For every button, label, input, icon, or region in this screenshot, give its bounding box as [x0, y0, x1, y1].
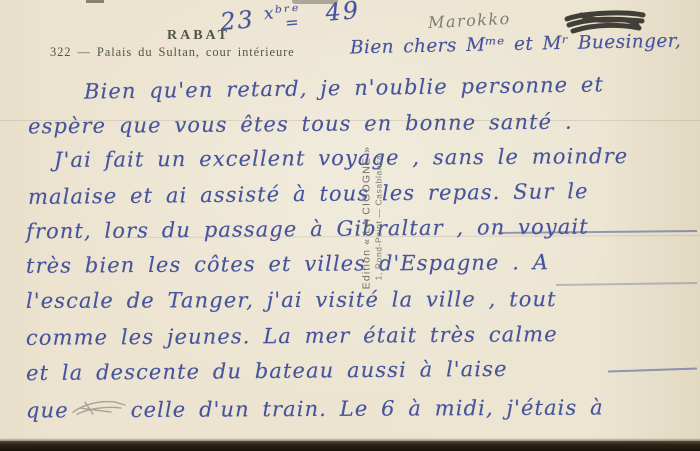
ink-underline-stroke — [608, 367, 697, 372]
salutation-line: Bien chers Mᵐᵉ et Mʳ Buesinger, — [350, 31, 682, 59]
message-line: très bien les côtes et villes d'Espagne … — [26, 250, 549, 278]
message-line: front, lors du passage à Gibraltar , on … — [26, 215, 589, 244]
message-line: l'escale de Tanger, j'ai visité la ville… — [26, 287, 557, 313]
printed-caption: 322 — Palais du Sultan, cour intérieure — [50, 45, 295, 60]
message-line: J'ai fait un excellent voyage , sans le … — [54, 144, 628, 172]
scratch-line — [0, 120, 700, 121]
ink-underline-stroke — [556, 282, 697, 285]
message-line: et la descente du bateau aussi à l'aise — [26, 357, 508, 385]
country-note: Marokko — [428, 9, 512, 32]
date-underline-mark: = — [284, 12, 299, 32]
message-line: comme les jeunes. La mer était très calm… — [26, 322, 558, 350]
handwritten-date: 23 xᵇʳᵉ = 49 — [219, 0, 361, 36]
postcard-back: RABAT 322 — Palais du Sultan, cour intér… — [0, 0, 700, 451]
message-line: espère que vous êtes tous en bonne santé… — [28, 110, 573, 139]
edge-mark — [292, 0, 338, 4]
message-line: malaise et ai assisté à tous les repas. … — [28, 179, 589, 209]
final-line-prefix: que — [26, 398, 69, 422]
publisher-name: Edition « LA CIGOGNE » — [361, 126, 373, 310]
message-final-line: que celle d'un train. Le 6 à midi, j'éta… — [26, 393, 604, 423]
publisher-imprint: Edition « LA CIGOGNE » 1, Rond-Point — C… — [361, 126, 384, 310]
edge-mark — [86, 0, 104, 3]
date-year: 49 — [324, 0, 361, 27]
final-line-rest: celle d'un train. Le 6 à midi, j'étais à — [131, 395, 604, 421]
publisher-address: 1, Rond-Point — Casablanca — [374, 126, 384, 310]
scan-edge-shadow — [0, 441, 700, 451]
pencil-scribble-icon — [71, 396, 129, 423]
date-day: 23 — [219, 5, 256, 36]
message-line: Bien qu'en retard, je n'oublie personne … — [84, 72, 604, 103]
